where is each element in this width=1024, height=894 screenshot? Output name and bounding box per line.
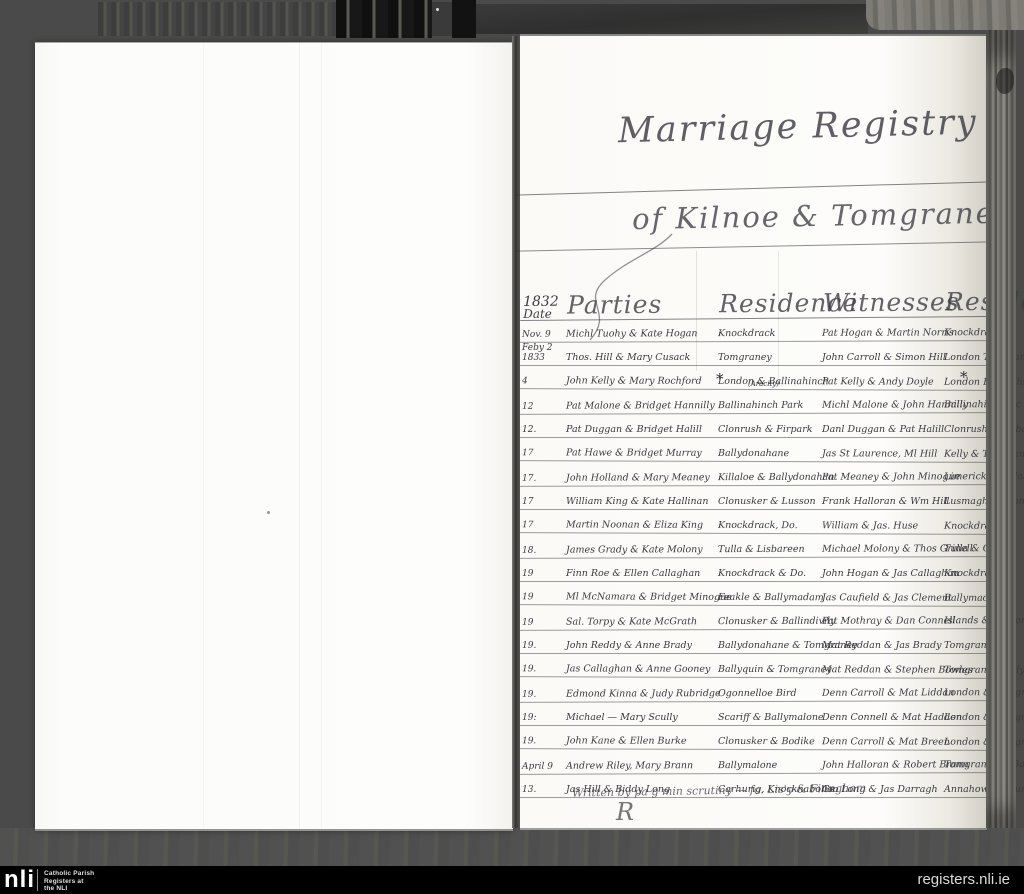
register-row: 19:Michael — Mary ScullyScariff & Ballym… xyxy=(520,702,987,726)
cell-residence: Tulla & Lisbareen xyxy=(718,545,822,557)
cell-witnesses: Michl Malone & John Hannilly xyxy=(822,400,944,412)
interlinear-note: (Aracity) xyxy=(748,380,779,388)
column-header-witnesses: Witnesses xyxy=(823,287,945,317)
cell-residence: Ogonnelloe Bird xyxy=(718,689,822,701)
cell-parties: Pat Duggan & Bridget Halill xyxy=(566,425,718,437)
register-row: 19Ml McNamara & Bridget MinogueFeakle & … xyxy=(520,581,987,607)
register-row: 17.John Holland & Mary MeaneyKillaloe & … xyxy=(520,461,987,487)
cell-residence: Ballydonahane & Tomgraney xyxy=(718,641,822,653)
cell-date: 19: xyxy=(520,713,566,725)
register-header-row: 1832 Date Parties Residence Witnesses Re… xyxy=(520,266,987,321)
register-row: 19.Jas Callaghan & Anne GooneyBallyquin … xyxy=(520,653,987,679)
cell-witnesses: Denn Connell & Mat Hadden xyxy=(822,713,944,725)
cell-date: 17. xyxy=(520,474,566,486)
cell-witnesses: Mat Reddan & Stephen Bowles xyxy=(822,665,944,677)
cell-residence: Knockdrack, Do. xyxy=(718,521,822,533)
cell-date: 12 xyxy=(520,402,566,414)
register-row: 19Sal. Torpy & Kate McGrathClonusker & B… xyxy=(520,605,987,631)
cell-date: April 9 xyxy=(520,762,566,774)
right-page-register: Marriage Registry of Kilnoe & Tomgraney … xyxy=(520,34,987,830)
asterisk-mark-right: * xyxy=(960,368,968,386)
cell-parties: John Kane & Ellen Burke xyxy=(566,736,718,749)
cell-witnesses: John Hogan & Jas Callaghan xyxy=(822,569,944,581)
register-row: 17William King & Kate HallinanClonusker … xyxy=(520,486,987,510)
register-title-line2: of Kilnoe & Tomgraney xyxy=(520,196,988,238)
register-title-line1: Marriage Registry xyxy=(520,102,988,153)
cell-residence: Knockdrack & Do. xyxy=(718,569,822,581)
cell-witnesses: Pat Hogan & Martin Norris xyxy=(822,328,944,340)
register-rows: Nov. 9Michl Tuohy & Kate HoganKnockdrack… xyxy=(520,318,987,798)
register-row: 19.John Kane & Ellen BurkeClonusker & Bo… xyxy=(520,725,987,751)
cell-residence: Ballydonahane xyxy=(718,449,822,461)
cell-parties: Pat Hawe & Bridget Murray xyxy=(566,448,718,461)
cell-witnesses: William & Jas. Huse xyxy=(822,521,944,533)
register-row: 12Pat Malone & Bridget HannillyBallinahi… xyxy=(520,389,987,415)
fore-edge-dark-blob xyxy=(996,68,1014,94)
cell-parties: Martin Noonan & Eliza King xyxy=(566,520,718,533)
cell-witnesses: John Carroll & Simon Hill xyxy=(822,353,944,365)
cell-witnesses: Jas Caufield & Jas Clement xyxy=(822,593,944,605)
cell-witnesses: Denn Carroll & Mat Breen xyxy=(822,737,944,749)
cell-residence: Ballymalone xyxy=(718,761,822,773)
cell-date: 17 xyxy=(520,520,566,532)
cell-date: 19. xyxy=(520,736,566,748)
register-row: April 9Andrew Riley, Mary BrannBallymalo… xyxy=(520,749,987,775)
register-row: Nov. 9Michl Tuohy & Kate HoganKnockdrack… xyxy=(520,317,987,343)
cell-residence: Scariff & Ballymalone xyxy=(718,713,822,725)
cell-date: Nov. 9 xyxy=(520,330,566,342)
cell-parties: Jas Callaghan & Anne Gooney xyxy=(566,664,718,677)
scanned-book-photo: Marriage Registry of Kilnoe & Tomgraney … xyxy=(0,0,1024,894)
cell-witnesses: Danl Duggan & Pat Halill xyxy=(822,425,944,437)
cell-date: 4 xyxy=(520,376,566,388)
site-url: registers.nli.ie xyxy=(917,871,1010,888)
register-row: Feby 2 1833Thos. Hill & Mary CusackTomgr… xyxy=(520,342,987,366)
cell-date: 19 xyxy=(520,592,566,604)
left-page-blank xyxy=(35,42,513,831)
cell-residence: Clonusker & Ballindivily xyxy=(718,617,822,629)
cell-parties: Finn Roe & Ellen Callaghan xyxy=(566,569,718,581)
cell-date: 18. xyxy=(520,546,566,558)
cell-date: 19. xyxy=(520,690,566,702)
book-top-edge-segment xyxy=(432,2,452,36)
cell-parties: John Holland & Mary Meaney xyxy=(566,473,718,486)
register-row: 19.John Reddy & Anne BradyBallydonahane … xyxy=(520,630,987,654)
cell-residence: Clonrush & Firpark xyxy=(718,425,822,437)
cell-witnesses: Pat Kelly & Andy Doyle xyxy=(822,377,944,389)
cell-residence: Knockdrack xyxy=(718,329,822,341)
book-corner-top-right xyxy=(866,0,1024,30)
cell-parties: James Grady & Kate Molony xyxy=(566,545,718,558)
register-row: 18.James Grady & Kate MolonyTulla & Lisb… xyxy=(520,533,987,559)
cell-parties: Pat Malone & Bridget Hannilly xyxy=(566,401,718,414)
cell-date: 19. xyxy=(520,641,566,653)
cell-residence: Tomgraney xyxy=(718,353,822,365)
page-crease-line xyxy=(299,43,300,829)
cell-residence: Ballinahinch Park xyxy=(718,401,822,413)
cell-witnesses: Michael Molony & Thos Grinell xyxy=(822,544,944,556)
cell-residence: Clonusker & Lusson xyxy=(718,497,822,509)
register-row: 12.Pat Duggan & Bridget HalillClonrush &… xyxy=(520,414,987,438)
branding-caption: Catholic Parish Registers at the NLI xyxy=(44,870,94,893)
cell-parties: Andrew Riley, Mary Brann xyxy=(566,761,718,774)
cell-date: 13. xyxy=(520,785,566,797)
logo-divider xyxy=(37,869,38,891)
cell-parties: William King & Kate Hallinan xyxy=(566,497,718,509)
dust-speck xyxy=(436,8,439,11)
cell-parties: Ml McNamara & Bridget Minogue xyxy=(566,592,718,605)
branding-caption-line2: Registers at xyxy=(44,878,94,886)
nli-logo: nli xyxy=(4,867,35,893)
cell-witnesses: Denn Carroll & Mat Liddan xyxy=(822,688,944,700)
page-crease-line xyxy=(321,43,322,829)
cell-witnesses: Pat Meaney & John Minogue xyxy=(822,472,944,484)
cell-witnesses: Pat Mothray & Dan Connell xyxy=(822,616,944,628)
cell-parties: Thos. Hill & Mary Cusack xyxy=(566,353,718,365)
book-gutter xyxy=(512,36,520,828)
cell-witnesses: Frank Halloran & Wm Hill xyxy=(822,497,944,509)
table-surface-band xyxy=(0,828,1024,866)
ruled-line xyxy=(514,181,992,195)
ink-speck xyxy=(267,511,270,514)
book-top-edge-segment3 xyxy=(476,4,868,34)
register-row: 19.Edmond Kinna & Judy RubridgeOgonnello… xyxy=(520,677,987,703)
cell-date: 17 xyxy=(520,448,566,460)
asterisk-mark-left: * xyxy=(716,370,724,388)
cell-residence: Killaloe & Ballydonahan xyxy=(718,473,822,485)
column-header-date: 1832 Date xyxy=(520,296,567,320)
column-header-parties: Parties xyxy=(567,289,719,319)
register-row: 17Martin Noonan & Eliza KingKnockdrack, … xyxy=(520,509,987,535)
cell-date: 19 xyxy=(520,569,566,581)
cell-date: 17 xyxy=(520,497,566,509)
footer-flourish: R xyxy=(616,798,634,826)
page-crease-line xyxy=(203,43,204,829)
cell-parties: John Kelly & Mary Rochford xyxy=(566,376,718,389)
cell-witnesses: Mat Reddan & Jas Brady xyxy=(822,641,944,653)
cell-date: 12. xyxy=(520,425,566,437)
cell-residence: Feakle & Ballymadam xyxy=(718,593,822,605)
cell-witnesses: John Halloran & Robert Brann xyxy=(822,760,944,772)
column-header-residence: Residence xyxy=(719,288,823,318)
cell-parties: Michael — Mary Scully xyxy=(566,713,718,725)
cell-witnesses: Jas St Laurence, Ml Hill xyxy=(822,449,944,461)
cell-date: 19. xyxy=(520,664,566,676)
cell-parties: Sal. Torpy & Kate McGrath xyxy=(566,617,718,630)
book-top-edge-dark-segment xyxy=(336,0,432,38)
branding-caption-line1: Catholic Parish xyxy=(44,870,94,878)
book-top-edge-dark-segment2 xyxy=(452,0,476,38)
branding-caption-line3: the NLI xyxy=(44,885,94,893)
cell-date: Feby 2 1833 xyxy=(520,343,566,365)
cell-parties: Michl Tuohy & Kate Hogan xyxy=(566,329,718,342)
register-row: 19Finn Roe & Ellen CallaghanKnockdrack &… xyxy=(520,558,987,582)
cell-parties: John Reddy & Anne Brady xyxy=(566,641,718,653)
cell-parties: Edmond Kinna & Judy Rubridge xyxy=(566,689,718,702)
cell-residence: Ballyquin & Tomgraney xyxy=(718,665,822,677)
register-row: 17Pat Hawe & Bridget MurrayBallydonahane… xyxy=(520,437,987,463)
nli-branding-bar: nli Catholic Parish Registers at the NLI… xyxy=(0,866,1024,894)
cell-residence: Clonusker & Bodike xyxy=(718,737,822,749)
book-fore-edge-texture xyxy=(986,30,1016,828)
book-top-edge-texture xyxy=(98,2,338,36)
cell-date: 19 xyxy=(520,618,566,630)
